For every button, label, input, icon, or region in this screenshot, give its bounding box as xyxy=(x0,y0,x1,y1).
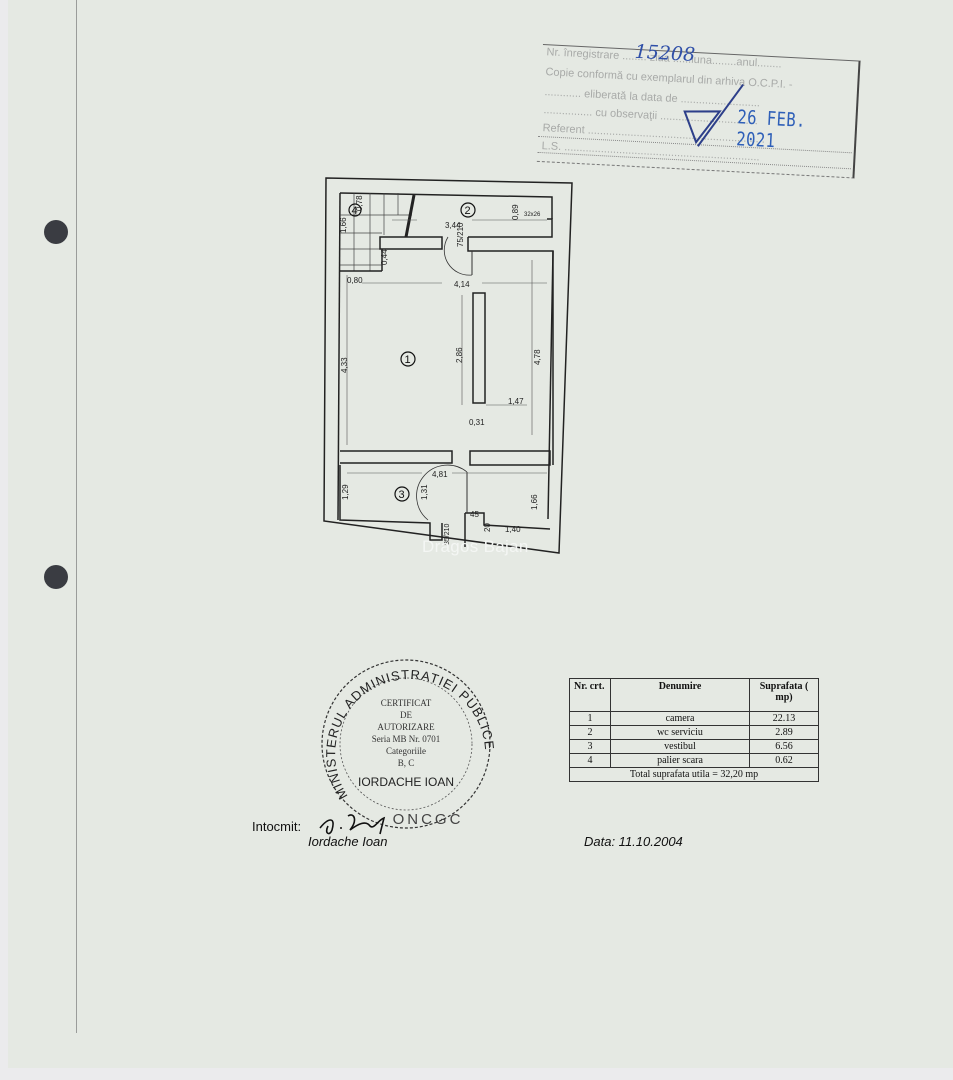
room-number: 4 xyxy=(352,205,358,217)
dimension-label: 0,89 xyxy=(511,204,520,220)
column-header: Suprafata ( mp) xyxy=(750,679,819,712)
seal-line: B, C xyxy=(398,758,415,768)
dimension-label: 75/210 xyxy=(456,222,465,247)
document-date: Data: 11.10.2004 xyxy=(584,834,683,849)
dimension-label: 45 xyxy=(470,510,479,519)
seal-line: Seria MB Nr. 0701 xyxy=(372,734,441,744)
column-header: Nr. crt. xyxy=(570,679,611,712)
table-row: 1 camera 22.13 xyxy=(570,712,819,726)
dimension-label: 1,66 xyxy=(530,494,539,510)
prepared-by-label: Intocmit: xyxy=(252,819,301,834)
room-number: 3 xyxy=(399,489,405,501)
prepared-by-name: Iordache Ioan xyxy=(308,834,388,849)
dimension-label: 1,66 xyxy=(339,217,348,233)
dimension-label: 32x26 xyxy=(524,212,541,218)
floor-plan: 0,78 1,66 3,44 0,89 32x26 75/210 0,44 0,… xyxy=(322,175,582,560)
dimension-label: 4,78 xyxy=(533,349,542,365)
table-row: 4 palier scara 0.62 xyxy=(570,754,819,768)
dimension-label: 0,80 xyxy=(347,276,363,285)
dimension-label: 0,44 xyxy=(380,249,389,265)
dimension-label: 1,31 xyxy=(420,484,429,500)
seal-line: AUTORIZARE xyxy=(377,722,435,732)
registration-stamp: Nr. înregistrare ........ ziua ......lun… xyxy=(537,44,861,178)
table-total-row: Total suprafata utila = 32,20 mp xyxy=(570,768,819,782)
dimension-label: 1,29 xyxy=(341,484,350,500)
column-header: Denumire xyxy=(611,679,750,712)
watermark: Dragos Bajan xyxy=(422,537,529,557)
punch-hole xyxy=(44,220,68,244)
punch-hole xyxy=(44,565,68,589)
margin-line xyxy=(76,0,77,1033)
dimension-label: 4,81 xyxy=(432,470,448,479)
room-number: 2 xyxy=(465,205,471,217)
dimension-label: 2,86 xyxy=(455,347,464,363)
table-row: 2 wc serviciu 2.89 xyxy=(570,726,819,740)
area-table: Nr. crt. Denumire Suprafata ( mp) 1 came… xyxy=(569,678,819,782)
seal-name: IORDACHE IOAN xyxy=(358,775,454,789)
dimension-label: 1,47 xyxy=(508,397,524,406)
seal-line: CERTIFICAT xyxy=(381,698,432,708)
dimension-label: 4,14 xyxy=(454,280,470,289)
dimension-label: 0,31 xyxy=(469,418,485,427)
seal-line: DE xyxy=(400,710,412,720)
dimension-label: 20 xyxy=(483,523,492,532)
dimension-label: 1,40 xyxy=(505,525,521,534)
registration-number: 15208 xyxy=(634,41,696,66)
table-row: 3 vestibul 6.56 xyxy=(570,740,819,754)
seal-line: Categoriile xyxy=(386,746,426,756)
dimension-label: 4,33 xyxy=(340,357,349,373)
room-number: 1 xyxy=(405,354,411,366)
certification-seal: MINISTERUL ADMINISTRATIEI PUBLICE CERTIF… xyxy=(318,656,498,831)
stamp-date: 26 FEB. 2021 xyxy=(736,106,837,155)
